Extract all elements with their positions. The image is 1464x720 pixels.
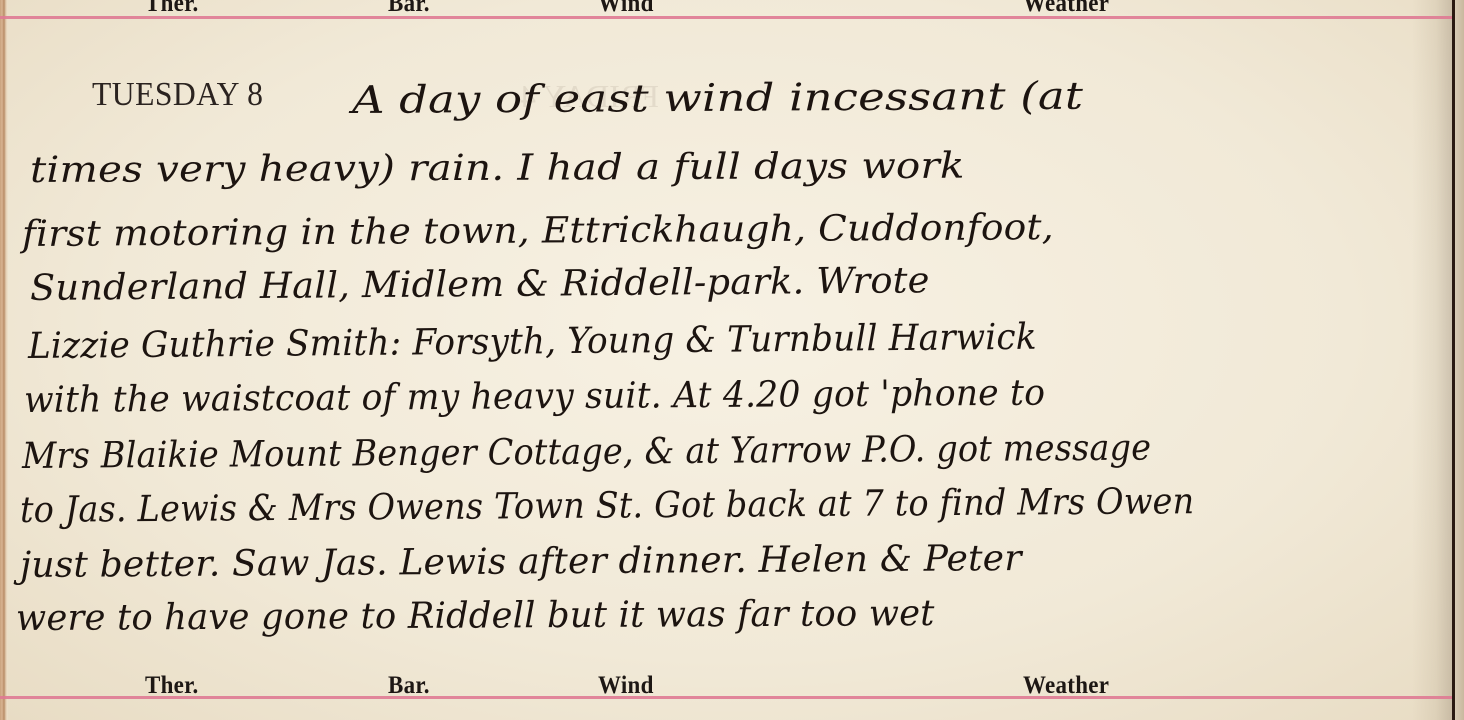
entry-line: with the waistcoat of my heavy suit. At … bbox=[24, 373, 1045, 421]
day-heading: TUESDAY 8 bbox=[92, 76, 263, 114]
weather-footer-row: Ther. Bar. Wind Weather bbox=[0, 670, 1452, 710]
entry-line: Lizzie Guthrie Smith: Forsyth, Young & T… bbox=[28, 317, 1037, 367]
left-page-edge bbox=[0, 0, 8, 720]
entry-line: were to have gone to Riddell but it was … bbox=[16, 593, 935, 639]
entry-line: times very heavy) rain. I had a full day… bbox=[30, 146, 965, 191]
red-rule-bottom bbox=[0, 696, 1452, 699]
entry-line: to Jas. Lewis & Mrs Owens Town St. Got b… bbox=[20, 481, 1195, 531]
entry-line: just better. Saw Jas. Lewis after dinner… bbox=[20, 538, 1022, 586]
entry-line: Sunderland Hall, Midlem & Riddell-park. … bbox=[30, 260, 930, 309]
binding-strip bbox=[1455, 0, 1464, 720]
weather-header-row: Ther. Bar. Wind Weather bbox=[0, 0, 1452, 22]
entry-line: A day of east wind incessant (at bbox=[352, 74, 1084, 122]
diary-page: FRIDAY 4 Ther. Bar. Wind Weather TUESDAY… bbox=[0, 0, 1464, 720]
red-rule-top bbox=[0, 16, 1452, 19]
binding-shadow bbox=[1412, 0, 1452, 720]
entry-line: Mrs Blaikie Mount Benger Cottage, & at Y… bbox=[22, 428, 1151, 477]
entry-line: first motoring in the town, Ettrickhaugh… bbox=[22, 207, 1054, 255]
